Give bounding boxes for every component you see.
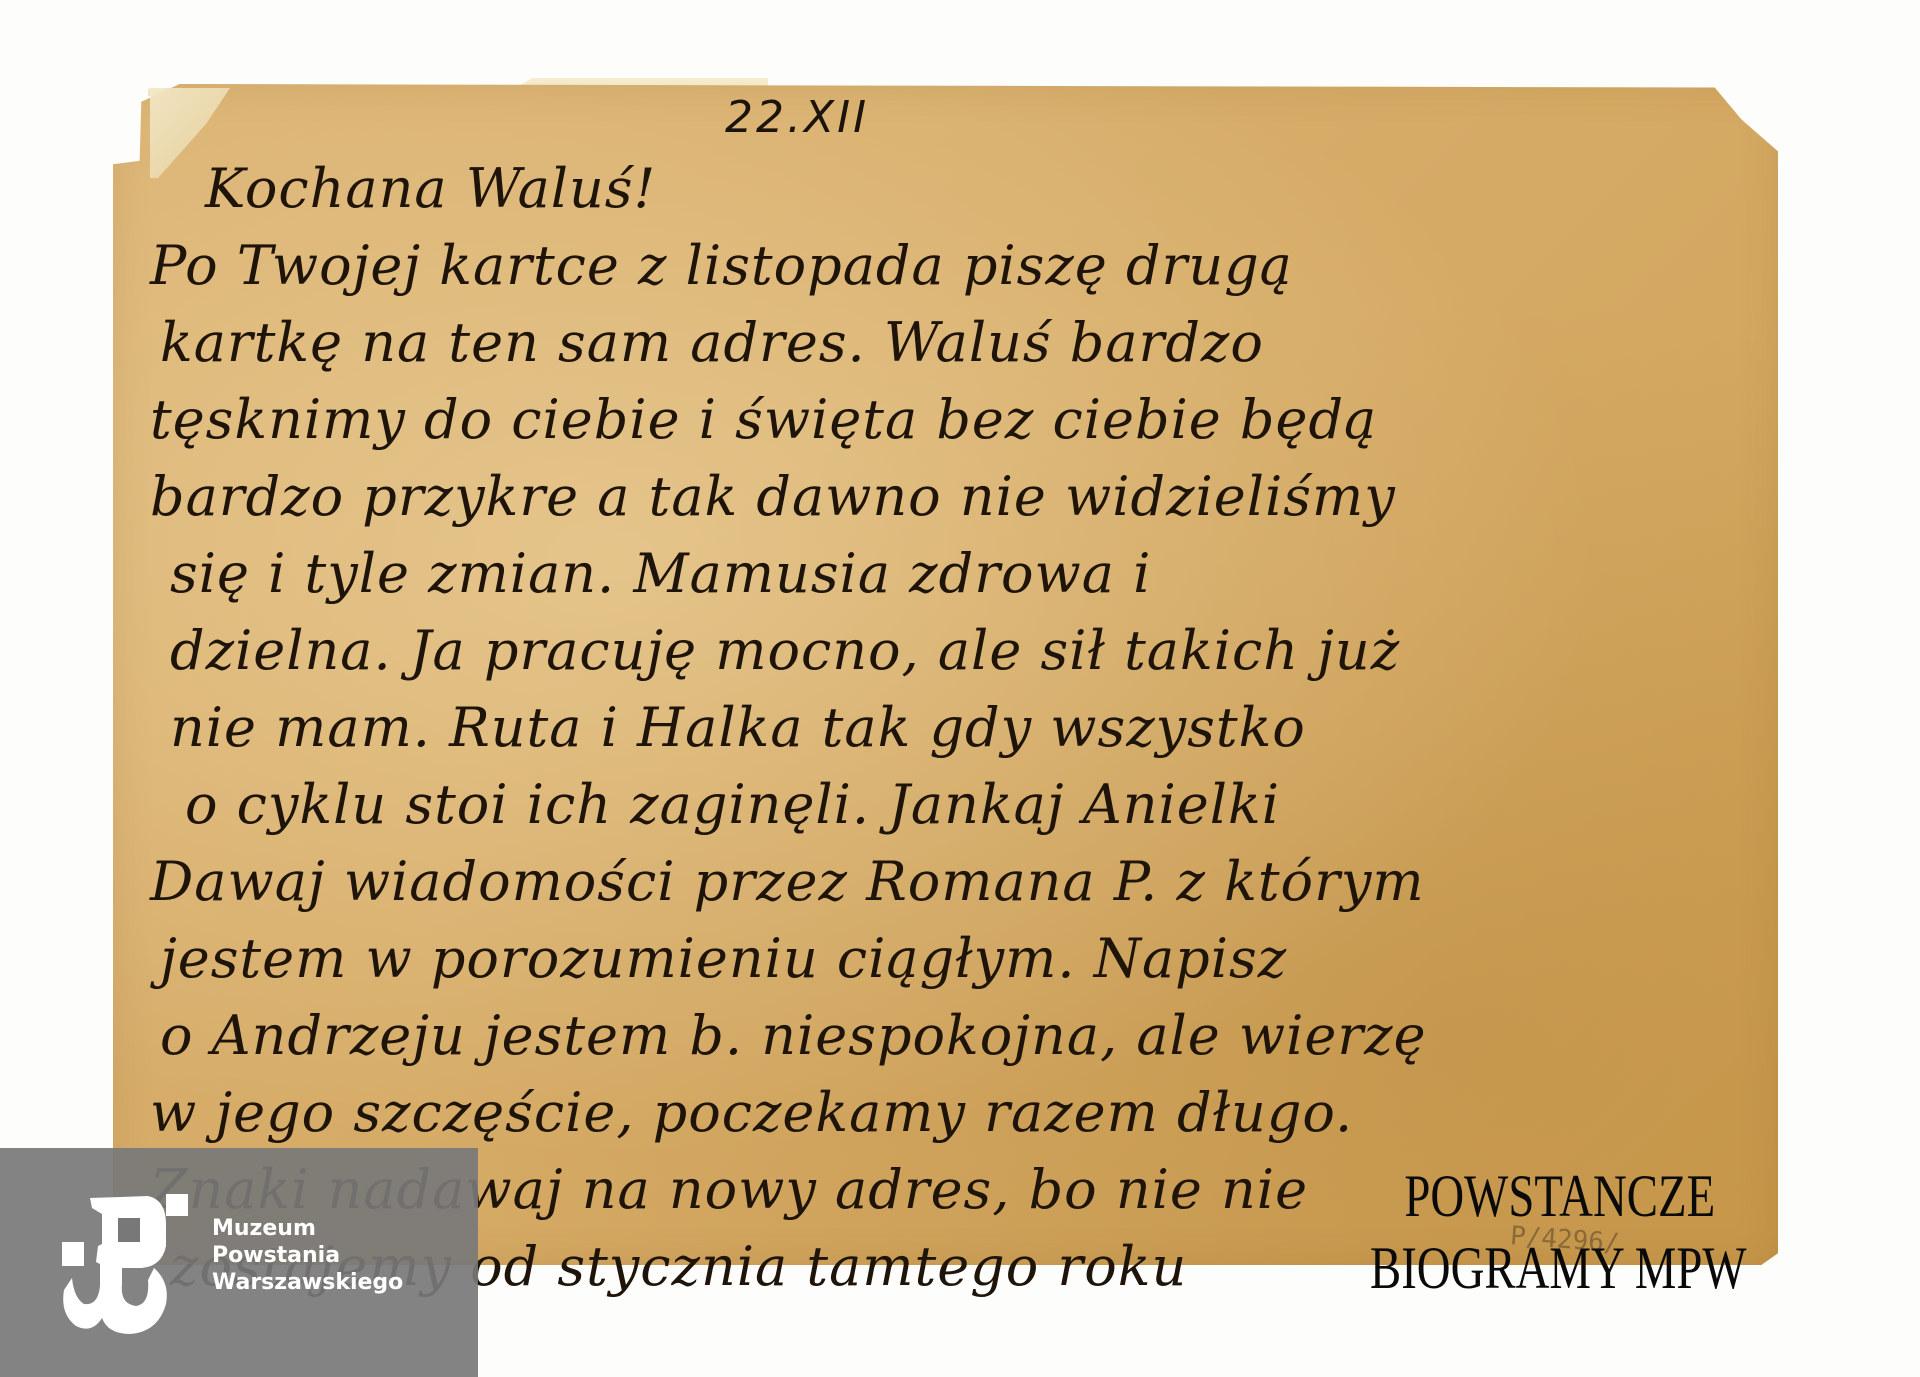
museum-name-line: Muzeum [212, 1215, 403, 1242]
letter-greeting: Kochana Waluś! [150, 150, 1760, 227]
letter-date: 22.XII [725, 92, 869, 143]
stamp-line-2: BIOGRAMY MPW [1370, 1232, 1850, 1304]
letter-line: o Andrzeju jestem b. niespokojna, ale wi… [150, 997, 1760, 1074]
museum-name: Muzeum Powstania Warszawskiego [212, 1215, 403, 1296]
letter-line: dzielna. Ja pracuję mocno, ale sił takic… [150, 612, 1760, 689]
letter-line: Po Twojej kartce z listopada piszę drugą [150, 227, 1760, 304]
museum-name-line: Powstania [212, 1242, 403, 1269]
stamp-line-1: POWSTANCZE [1370, 1160, 1744, 1232]
museum-name-line: Warszawskiego [212, 1269, 403, 1296]
letter-line: nie mam. Ruta i Halka tak gdy wszystko [150, 689, 1760, 766]
letter-line: bardzo przykre a tak dawno nie widzieliś… [150, 458, 1760, 535]
letter-body: Kochana Waluś! Po Twojej kartce z listop… [150, 150, 1760, 1305]
letter-line: jestem w porozumieniu ciągłym. Napisz [150, 920, 1760, 997]
letter-line: o cyklu stoi ich zaginęli. Jankaj Anielk… [150, 766, 1760, 843]
letter-line: się i tyle zmian. Mamusia zdrowa i [150, 535, 1760, 612]
biogram-stamp: POWSTANCZE BIOGRAMY MPW [1370, 1160, 1744, 1304]
letter-line: tęsknimy do ciebie i święta bez ciebie b… [150, 381, 1760, 458]
kotwica-anchor-icon [62, 1194, 192, 1334]
letter-line: Dawaj wiadomości przez Romana P. z który… [150, 843, 1760, 920]
museum-watermark: Muzeum Powstania Warszawskiego [0, 1148, 478, 1377]
letter-line: w jego szczęście, poczekamy razem długo. [150, 1074, 1760, 1151]
letter-line: kartkę na ten sam adres. Waluś bardzo [150, 304, 1760, 381]
